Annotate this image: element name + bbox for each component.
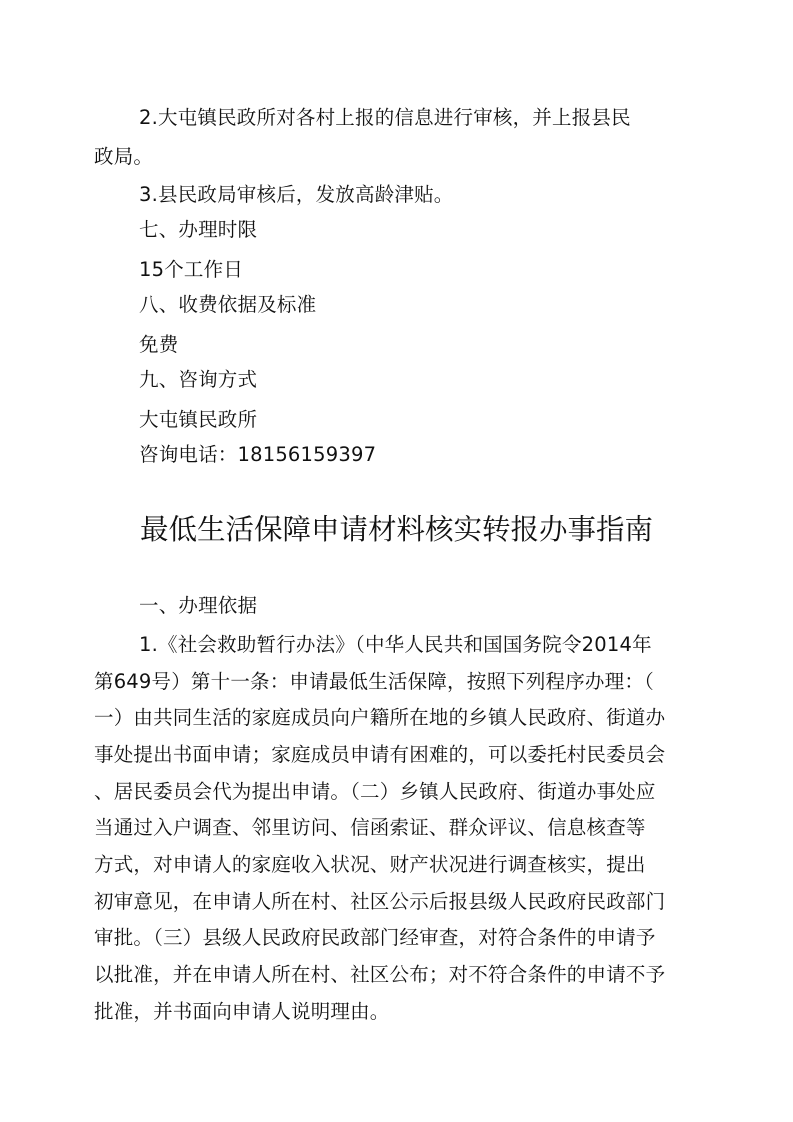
heading-fee-basis: 八、收费依据及标准 [139, 292, 316, 318]
paragraph-line: 以批准，并在申请人所在村、社区公布；对不符合条件的申请不予 [94, 962, 665, 988]
step-2-line-1: 2.大屯镇民政所对各村上报的信息进行审核，并上报县民 [139, 105, 631, 131]
step-3-line: 3.县民政局审核后，发放高龄津贴。 [139, 182, 454, 208]
paragraph-line: 、居民委员会代为提出申请。（二）乡镇人民政府、街道办事处应 [94, 779, 656, 805]
heading-basis: 一、办理依据 [139, 593, 257, 619]
paragraph-line: 事处提出书面申请；家庭成员申请有困难的，可以委托村民委员会 [94, 742, 665, 768]
consultation-phone: 咨询电话：18156159397 [139, 442, 376, 468]
guide-title: 最低生活保障申请材料核实转报办事指南 [0, 511, 793, 549]
step-2-line-2: 政局。 [94, 144, 153, 170]
time-limit-value: 15个工作日 [139, 257, 243, 283]
heading-consultation: 九、咨询方式 [139, 367, 257, 393]
paragraph-line: 1.《社会救助暂行办法》（中华人民共和国国务院令2014年 [139, 632, 652, 658]
document-page: 2.大屯镇民政所对各村上报的信息进行审核，并上报县民 政局。 3.县民政局审核后… [0, 0, 793, 1122]
paragraph-line: 当通过入户调查、邻里访问、信函索证、群众评议、信息核查等 [94, 815, 646, 841]
paragraph-line: 批准，并书面向申请人说明理由。 [94, 999, 390, 1025]
consultation-office: 大屯镇民政所 [139, 407, 257, 433]
paragraph-line: 审批。（三）县级人民政府民政部门经审查，对符合条件的申请予 [94, 925, 656, 951]
paragraph-line: 初审意见，在申请人所在村、社区公示后报县级人民政府民政部门 [94, 889, 665, 915]
fee-value: 免费 [139, 332, 178, 358]
paragraph-line: 方式，对申请人的家庭收入状况、财产状况进行调查核实，提出 [94, 852, 646, 878]
heading-time-limit: 七、办理时限 [139, 217, 257, 243]
paragraph-line: 一）由共同生活的家庭成员向户籍所在地的乡镇人民政府、街道办 [94, 705, 665, 731]
paragraph-line: 第649号）第十一条：申请最低生活保障，按照下列程序办理：（ [94, 669, 654, 695]
